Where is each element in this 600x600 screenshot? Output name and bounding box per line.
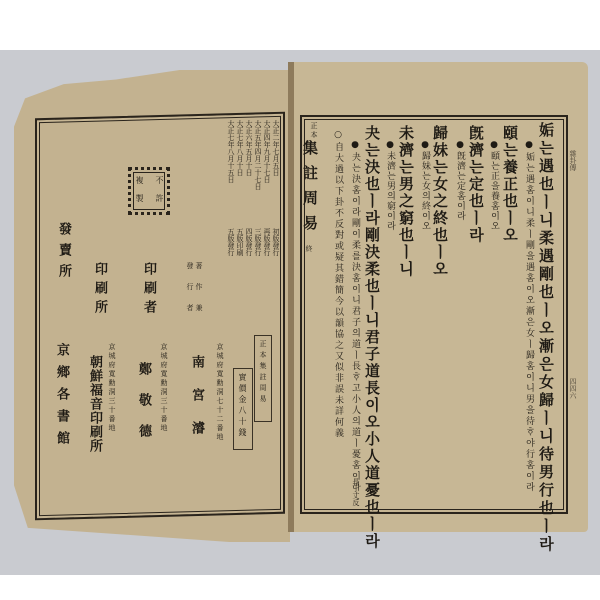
date-line: 大正七年八月十五日	[227, 120, 234, 183]
price-box: 實價金八十錢	[233, 368, 253, 450]
book-spine	[288, 62, 294, 532]
edition-line: 再版發行	[263, 228, 270, 256]
gloss-column: ●歸妹는女의終이오	[420, 140, 429, 231]
gloss-column: ●旣濟는定홈이라	[455, 140, 464, 221]
edition-line: 三版發行	[254, 228, 261, 256]
print-house-name: 朝鮮福音印刷所	[88, 355, 101, 453]
date-line: 大正七年八月十日	[236, 120, 243, 176]
main-text-column: 旣濟는定也ㅣ라	[468, 125, 483, 244]
main-text-column: 未濟는男之窮也ㅣ니	[398, 125, 413, 278]
author-name: 南宮濬	[190, 355, 203, 454]
printer-name: 鄭敬德	[137, 362, 150, 455]
printer-label: 印刷者	[142, 262, 155, 319]
main-text-column: 頤는養正也ㅣ오	[502, 125, 517, 244]
author-role-2: 發行者	[186, 262, 193, 325]
date-line: 大正五年四月二十七日	[254, 120, 261, 190]
printer-address: 京城府寬勳洞三十番地	[160, 343, 167, 433]
book-title: 集註周易	[302, 140, 317, 240]
edition-line: 四版發行	[245, 228, 252, 256]
date-line: 大正四年九月十七日	[263, 120, 270, 183]
edition-line: 初版發行	[272, 228, 279, 256]
print-house-address: 京城府寬勳洞三十番地	[108, 343, 115, 433]
edition-line: 五版印刷	[236, 228, 243, 256]
title-prefix: 正本	[310, 122, 317, 140]
title-box: 正本集註周易	[254, 335, 272, 422]
gloss-column: ●頤는正을養홈이오	[489, 140, 498, 231]
main-text-column: 姤는遇也ㅣ니柔遇剛也ㅣ오漸은女歸ㅣ니待男行也ㅣ라	[538, 122, 553, 554]
page-number: 四四六	[568, 378, 578, 399]
author-address: 京城府寬勳洞七十二番地	[216, 343, 223, 442]
seller-label: 發賣所	[57, 222, 70, 285]
section-label: 雜卦傳	[568, 150, 578, 171]
gloss-column: ●姤는遇홈이니柔ㅣ剛을遇홈이오漸은女ㅣ歸홈이니男을待ᄒᆞ야行홈이라	[524, 140, 533, 493]
no-reproduction-stamp: 不許 複製	[128, 167, 170, 215]
gloss-column: ●夬는決홈이라剛이柔를決홈이니君子의道ㅣ長ᄒᆞ고小人의道ㅣ憂홈이라	[350, 140, 359, 493]
date-line: 大正六年五月十日	[245, 120, 252, 176]
main-text-column: 夬는決也ㅣ라剛決柔也ㅣ니君子道長이오小人道憂也ㅣ라	[364, 125, 379, 550]
author-role: 著作兼	[195, 262, 202, 325]
editorial-note: ○自大過以下卦不反對或疑其錯簡今以韻協之又似非誤未詳何義	[333, 130, 342, 439]
seller-name: 京鄉各書館	[55, 343, 68, 453]
edition-line: 五版發行	[227, 228, 234, 256]
title-suffix: 終	[305, 245, 312, 252]
print-house-label: 印刷所	[93, 262, 106, 319]
date-line: 大正二年七月五日	[272, 120, 279, 176]
main-text-column: 歸妹는女之終也ㅣ오	[432, 125, 447, 278]
gloss-column: ●未濟는男의窮이라	[385, 140, 394, 231]
